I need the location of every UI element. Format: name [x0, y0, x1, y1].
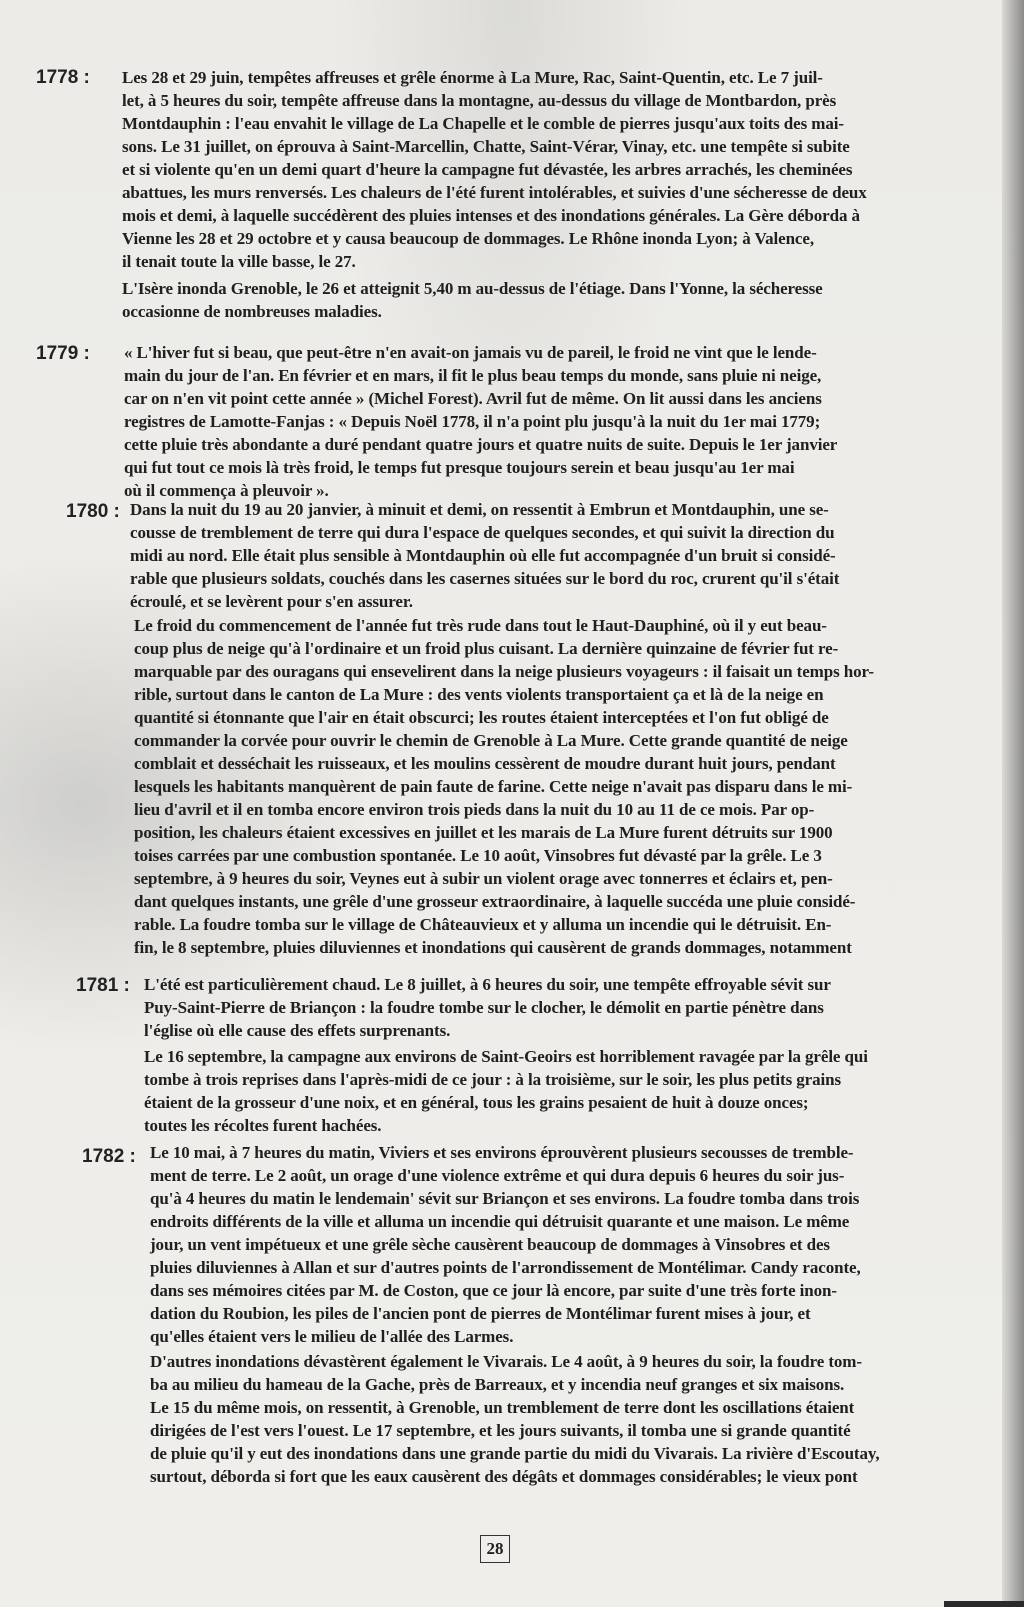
text-line: Dans la nuit du 19 au 20 janvier, à minu… [130, 500, 829, 520]
text-line: lieu d'avril et il en tomba encore envir… [134, 800, 814, 820]
text-line: fin, le 8 septembre, pluies diluviennes … [134, 938, 852, 958]
text-line: qu'à 4 heures du matin le lendemain' sév… [150, 1189, 859, 1209]
text-line: endroits différents de la ville et allum… [150, 1212, 849, 1232]
page-edge-bottom [944, 1601, 1024, 1607]
text-line: écroulé, et se levèrent pour s'en assure… [130, 592, 413, 612]
text-line: étaient de la grosseur d'une noix, et en… [144, 1093, 808, 1113]
text-line: il tenait toute la ville basse, le 27. [122, 252, 356, 272]
text-line: mois et demi, à laquelle succédèrent des… [122, 206, 860, 226]
text-line: dans ses mémoires citées par M. de Costo… [150, 1281, 837, 1301]
text-line: Vienne les 28 et 29 octobre et y causa b… [122, 229, 814, 249]
text-line: midi au nord. Elle était plus sensible à… [130, 546, 836, 566]
text-line: dirigées de l'est vers l'ouest. Le 17 se… [150, 1421, 851, 1441]
text-line: rable que plusieurs soldats, couchés dan… [130, 569, 839, 589]
text-line: car on n'en vit point cette année » (Mic… [124, 389, 822, 409]
text-line: Les 28 et 29 juin, tempêtes affreuses et… [122, 68, 823, 88]
text-line: Montdauphin : l'eau envahit le village d… [122, 114, 844, 134]
year-label: 1778 : [36, 67, 90, 89]
text-line: pluies diluviennes à Allan et sur d'autr… [150, 1258, 861, 1278]
year-label: 1779 : [36, 343, 90, 365]
scanned-page: 1778 : Les 28 et 29 juin, tempêtes affre… [0, 0, 1024, 1607]
year-label: 1782 : [82, 1146, 136, 1168]
text-line: abattues, les murs renversés. Les chaleu… [122, 183, 867, 203]
text-line: D'autres inondations dévastèrent égaleme… [150, 1352, 862, 1372]
year-label: 1781 : [76, 975, 130, 997]
text-line: et si violente qu'en un demi quart d'heu… [122, 160, 852, 180]
text-line: qui fut tout ce mois là très froid, le t… [124, 458, 794, 478]
page-edge-shadow [1002, 0, 1024, 1607]
text-line: toises carrées par une combustion sponta… [134, 846, 822, 866]
text-line: L'été est particulièrement chaud. Le 8 j… [144, 975, 831, 995]
year-label: 1780 : [66, 501, 120, 523]
text-line: l'église où elle cause des effets surpre… [144, 1021, 450, 1041]
text-line: ba au milieu du hameau de la Gache, près… [150, 1375, 844, 1395]
text-line: Puy-Saint-Pierre de Briançon : la foudre… [144, 998, 824, 1018]
text-line: quantité si étonnante que l'air en était… [134, 708, 829, 728]
text-line: dation du Roubion, les piles de l'ancien… [150, 1304, 811, 1324]
text-line: de pluie qu'il y eut des inondations dan… [150, 1444, 880, 1464]
page-number: 28 [480, 1535, 510, 1563]
text-line: qu'elles étaient vers le milieu de l'all… [150, 1327, 513, 1347]
text-line: Le 10 mai, à 7 heures du matin, Viviers … [150, 1143, 853, 1163]
text-line: dant quelques instants, une grêle d'une … [134, 892, 855, 912]
text-line: coup plus de neige qu'à l'ordinaire et u… [134, 639, 838, 659]
text-line: rible, surtout dans le canton de La Mure… [134, 685, 823, 705]
text-line: « L'hiver fut si beau, que peut-être n'e… [124, 343, 817, 363]
text-line: jour, un vent impétueux et une grêle sèc… [150, 1235, 830, 1255]
text-line: cette pluie très abondante a duré pendan… [124, 435, 837, 455]
text-line: marquable par des ouragans qui ensevelir… [134, 662, 874, 682]
text-line: surtout, déborda si fort que les eaux ca… [150, 1467, 858, 1487]
text-line: Le froid du commencement de l'année fut … [134, 616, 827, 636]
text-line: commander la corvée pour ouvrir le chemi… [134, 731, 848, 751]
text-line: comblait et desséchait les ruisseaux, et… [134, 754, 836, 774]
text-line: toutes les récoltes furent hachées. [144, 1116, 381, 1136]
text-line: où il commença à pleuvoir ». [124, 481, 329, 501]
text-line: let, à 5 heures du soir, tempête affreus… [122, 91, 836, 111]
text-line: L'Isère inonda Grenoble, le 26 et atteig… [122, 279, 823, 299]
text-line: lesquels les habitants manquèrent de pai… [134, 777, 852, 797]
text-line: occasionne de nombreuses maladies. [122, 302, 382, 322]
text-line: sons. Le 31 juillet, on éprouva à Saint-… [122, 137, 850, 157]
text-line: rable. La foudre tomba sur le village de… [134, 915, 831, 935]
text-line: cousse de tremblement de terre qui dura … [130, 523, 834, 543]
text-line: registres de Lamotte-Fanjas : « Depuis N… [124, 412, 820, 432]
text-line: tombe à trois reprises dans l'après-midi… [144, 1070, 841, 1090]
text-line: Le 15 du même mois, on ressentit, à Gren… [150, 1398, 854, 1418]
text-line: septembre, à 9 heures du soir, Veynes eu… [134, 869, 833, 889]
text-line: position, les chaleurs étaient excessive… [134, 823, 833, 843]
text-line: Le 16 septembre, la campagne aux environ… [144, 1047, 868, 1067]
text-line: ment de terre. Le 2 août, un orage d'une… [150, 1166, 844, 1186]
text-line: main du jour de l'an. En février et en m… [124, 366, 821, 386]
